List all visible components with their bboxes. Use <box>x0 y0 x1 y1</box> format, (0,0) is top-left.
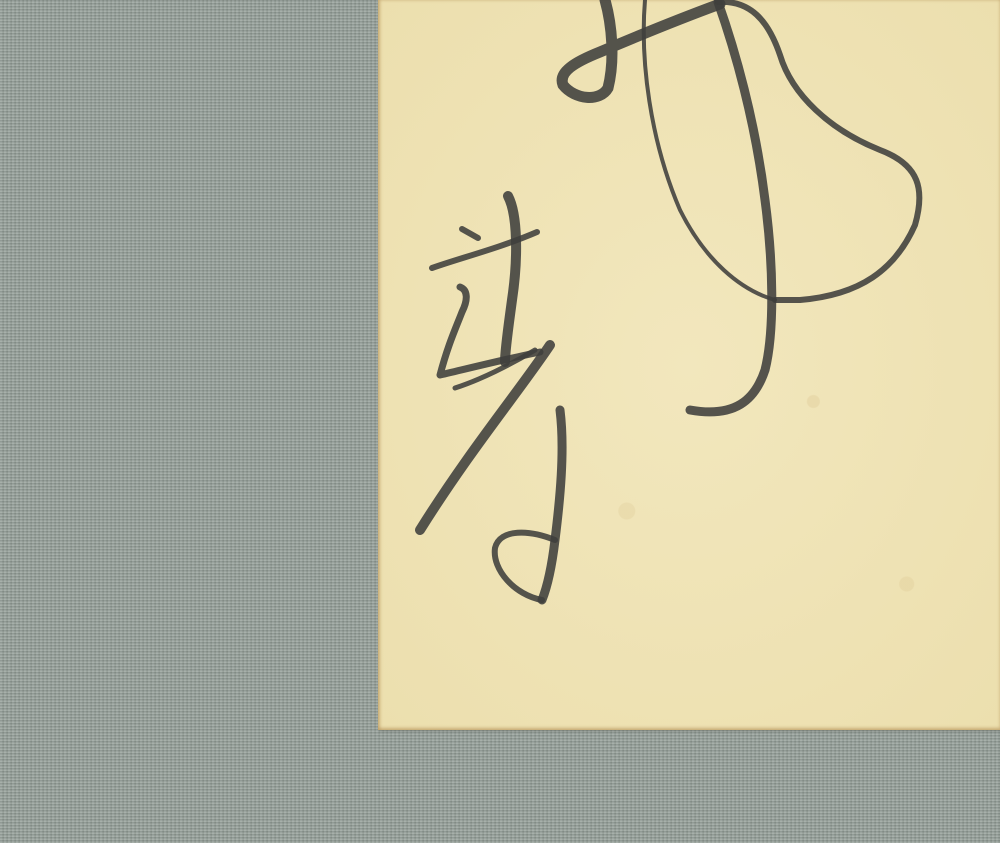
calligraphy-paper <box>378 0 1000 730</box>
